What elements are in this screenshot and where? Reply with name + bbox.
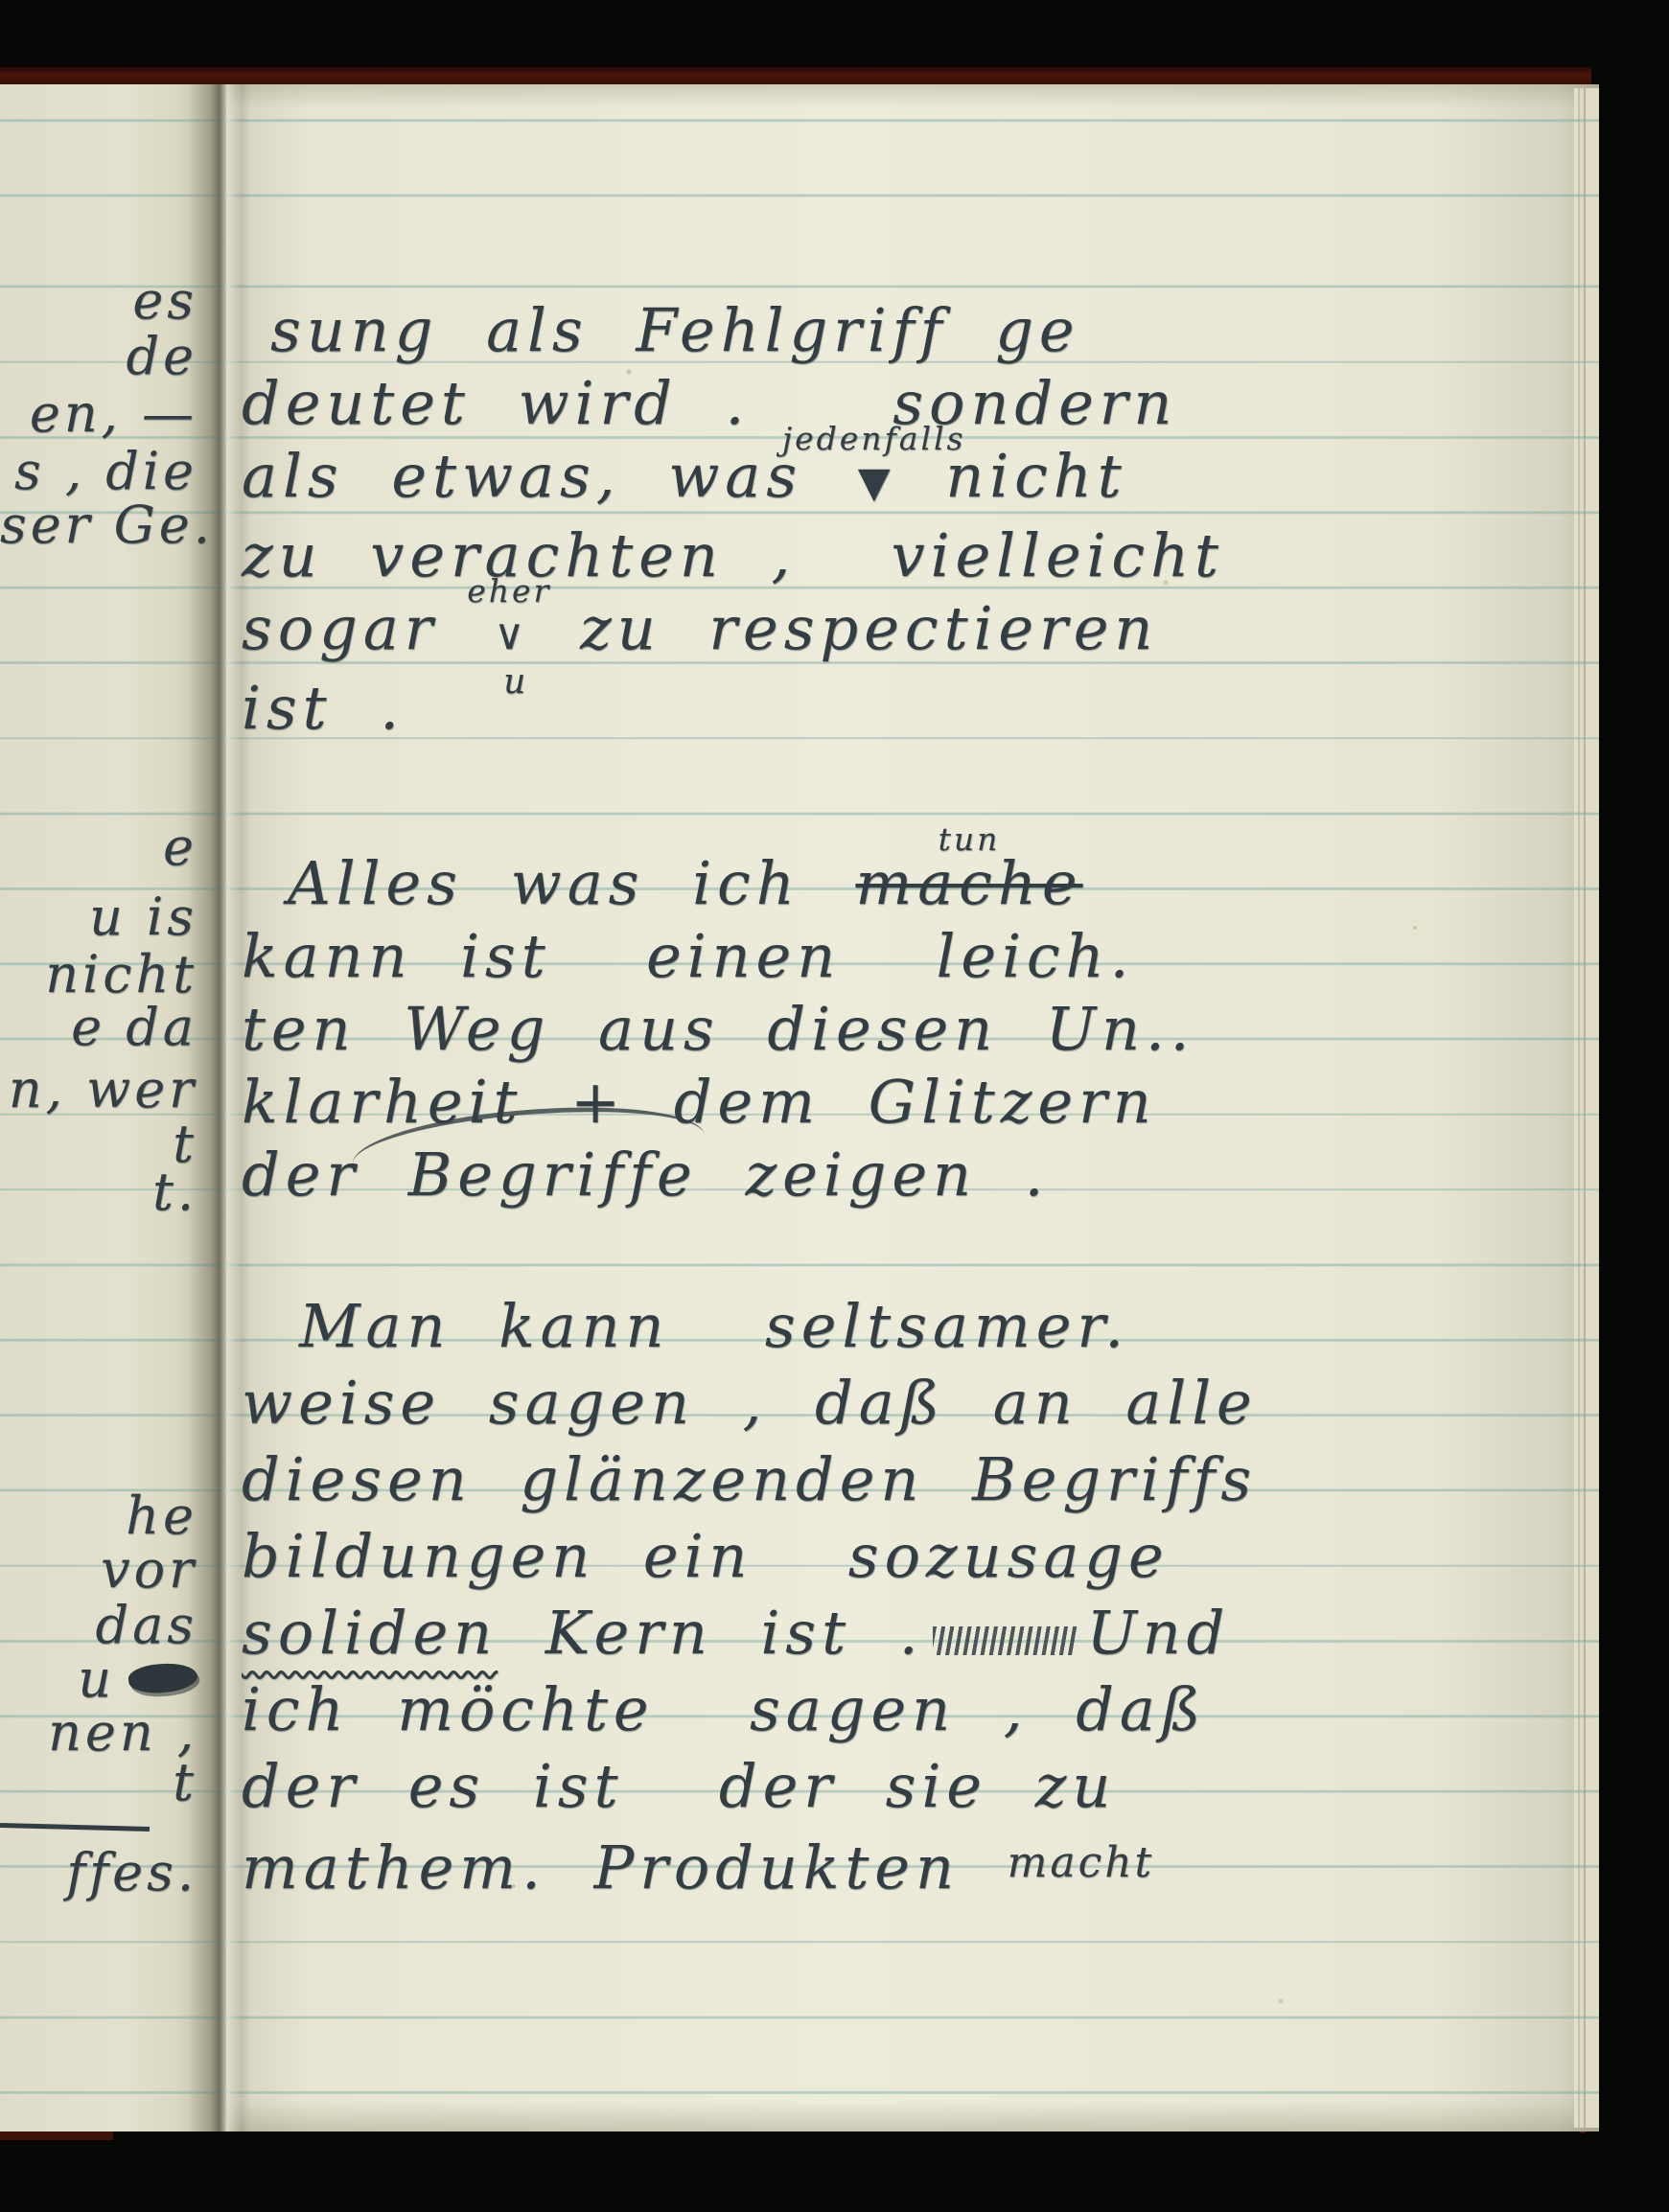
handwritten-line: bildungen ein sozusage bbox=[242, 1518, 1258, 1595]
scribbled-out-word bbox=[933, 1626, 1077, 1655]
left-fragment: n, wer bbox=[0, 1059, 205, 1119]
line-text: der bbox=[242, 1140, 360, 1210]
left-fragment-text: u bbox=[78, 1648, 115, 1709]
notebook-cover-top-edge bbox=[0, 67, 1591, 86]
page-stack-edge bbox=[1574, 88, 1599, 2128]
handwritten-line: weise sagen , daß an alle bbox=[242, 1365, 1258, 1441]
left-fragment: u bbox=[0, 1648, 205, 1709]
left-fragment: t bbox=[0, 1752, 205, 1812]
line-text: zu respectieren bbox=[580, 593, 1158, 663]
inserted-word: tun bbox=[939, 803, 1001, 876]
left-fragment: vor bbox=[0, 1539, 205, 1600]
handwritten-line: Alles was ich tunmache bbox=[242, 847, 1194, 920]
line-text: zeigen . bbox=[745, 1140, 1049, 1210]
line-text: Alles was ich bbox=[288, 848, 800, 918]
notebook-photo: es de en, — s , die ser Ge. e u is nicht… bbox=[0, 0, 1669, 2212]
handwritten-line: ten Weg aus diesen Un.. bbox=[242, 993, 1194, 1066]
handwritten-line: sogar eher∨u zu respectieren bbox=[242, 592, 1224, 672]
ink-blot bbox=[127, 1661, 198, 1695]
left-fragment: en, — bbox=[0, 383, 205, 444]
handwritten-line: Man kann seltsamer. bbox=[242, 1288, 1258, 1365]
left-fragment: de bbox=[0, 326, 205, 386]
left-fragment: e bbox=[0, 817, 205, 877]
interlinear-insertion: eher∨u bbox=[494, 592, 524, 672]
interlinear-insertion: tunmache bbox=[855, 847, 1082, 920]
squeezed-end-word: macht bbox=[1008, 1838, 1155, 1887]
left-fragment: s , die bbox=[0, 441, 205, 501]
interlinear-insertion: jedenfalls▼ bbox=[858, 440, 891, 519]
left-fragment: nicht bbox=[0, 944, 205, 1004]
left-fragment: ser Ge. bbox=[0, 495, 205, 555]
inserted-word: eher bbox=[467, 555, 551, 628]
left-fragment: ffes. bbox=[0, 1842, 205, 1902]
handwritten-line: zu verachten , vielleicht bbox=[242, 519, 1224, 592]
handwritten-line: mathem. Produkten macht bbox=[242, 1825, 1258, 1906]
handwritten-line: soliden Kern ist .Und bbox=[242, 1595, 1258, 1671]
line-text: Kern ist . bbox=[545, 1598, 924, 1668]
paragraph-3: Man kann seltsamer. weise sagen , daß an… bbox=[242, 1288, 1258, 1906]
sub-mark: u bbox=[503, 646, 531, 719]
line-text: nicht bbox=[945, 441, 1126, 511]
paragraph-2: Alles was ich tunmache kann ist einen le… bbox=[242, 847, 1194, 1211]
handwritten-line: ist . bbox=[242, 672, 1224, 745]
left-fragment: he bbox=[0, 1486, 205, 1546]
handwritten-line: deutet wird . sondern bbox=[242, 367, 1224, 440]
left-fragment: u is bbox=[0, 887, 205, 947]
flourished-word: Begriffe bbox=[408, 1139, 698, 1211]
handwritten-line: als etwas, was jedenfalls▼ nicht bbox=[242, 440, 1224, 519]
squiggle-struck-word: soliden bbox=[242, 1598, 498, 1668]
left-fragment: t. bbox=[0, 1162, 205, 1222]
line-text: mathem. Produkten bbox=[242, 1832, 960, 1902]
left-fragment: e da bbox=[0, 997, 205, 1057]
handwritten-line: der Begriffe zeigen . bbox=[242, 1139, 1194, 1211]
line-text: sogar bbox=[242, 593, 438, 663]
paragraph-1: sung als Fehlgriff ge deutet wird . sond… bbox=[242, 294, 1224, 745]
handwritten-line: sung als Fehlgriff ge bbox=[242, 294, 1224, 367]
handwritten-line: ich möchte sagen , daß bbox=[242, 1671, 1258, 1748]
line-text: Und bbox=[1086, 1598, 1230, 1668]
line-text: als etwas, was bbox=[242, 441, 802, 511]
left-fragment: das bbox=[0, 1595, 205, 1655]
handwritten-line: kann ist einen leich. bbox=[242, 920, 1194, 993]
handwritten-line: diesen glänzenden Begriffs bbox=[242, 1441, 1258, 1518]
left-fragment: es bbox=[0, 270, 205, 331]
handwritten-line: der es ist der sie zu bbox=[242, 1748, 1258, 1825]
handwritten-line: klarheit + dem Glitzern bbox=[242, 1066, 1194, 1139]
inserted-word: jedenfalls bbox=[782, 403, 966, 475]
